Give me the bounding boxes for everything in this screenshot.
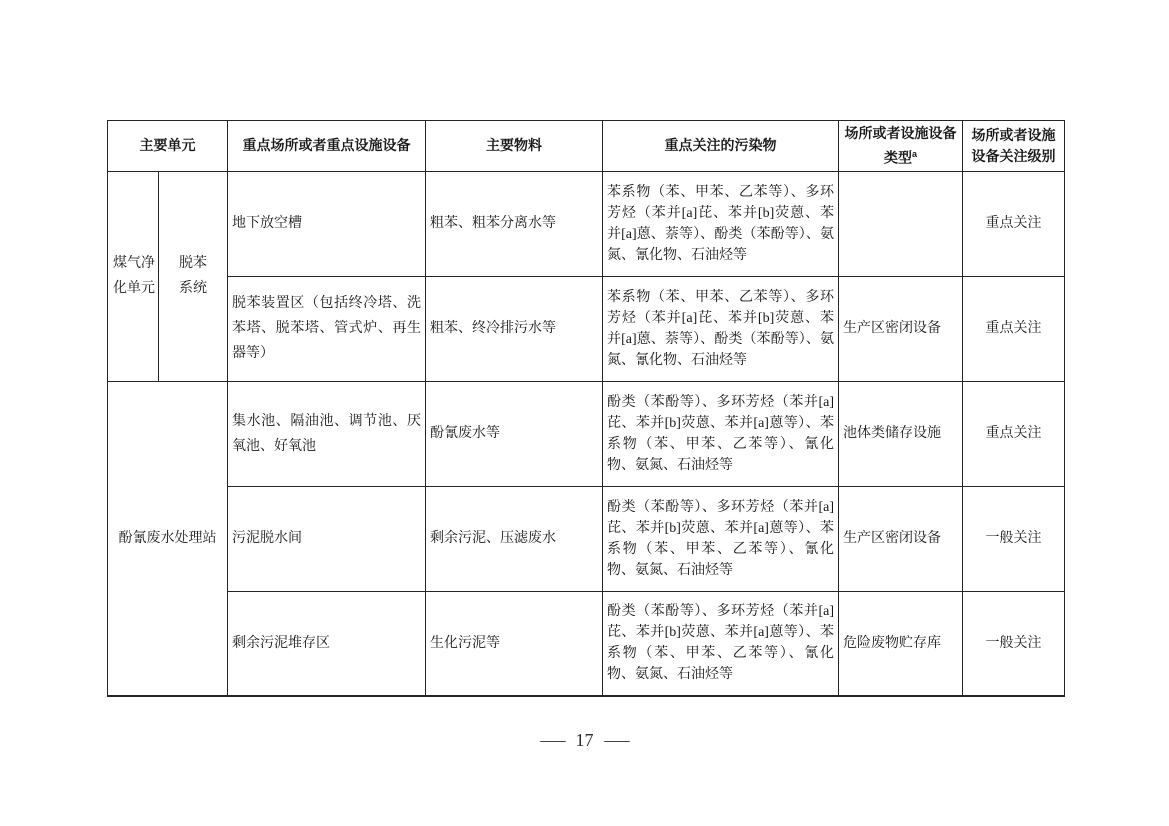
footer-dash-right: —	[604, 730, 629, 751]
table-row: 剩余污泥堆存区 生化污泥等 酚类（苯酚等）、多环芳烃（苯并[a]芘、苯并[b]荧…	[108, 591, 1065, 696]
page-footer: — 17 —	[0, 730, 1169, 751]
cell-pollutants: 苯系物（苯、甲苯、乙苯等）、多环芳烃（苯并[a]芘、苯并[b]荧蒽、苯并[a]蒽…	[603, 171, 839, 276]
cell-type: 生产区密闭设备	[839, 486, 963, 591]
cell-level: 重点关注	[963, 381, 1065, 486]
table-row: 煤气净化单元 脱苯系统 地下放空槽 粗苯、粗苯分离水等 苯系物（苯、甲苯、乙苯等…	[108, 171, 1065, 276]
table-row: 脱苯装置区（包括终冷塔、洗苯塔、脱苯塔、管式炉、再生器等） 粗苯、终冷排污水等 …	[108, 276, 1065, 381]
cell-level: 重点关注	[963, 171, 1065, 276]
cell-material: 生化污泥等	[426, 591, 603, 696]
header-main-unit: 主要单元	[108, 121, 228, 172]
unit-cell-phenol-cyanide-wastewater-station: 酚氰废水处理站	[108, 381, 228, 696]
footer-dash-left: —	[540, 730, 565, 751]
cell-material: 剩余污泥、压滤废水	[426, 486, 603, 591]
cell-type	[839, 171, 963, 276]
cell-site: 集水池、隔油池、调节池、厌氧池、好氧池	[228, 381, 426, 486]
header-key-sites: 重点场所或者重点设施设备	[228, 121, 426, 172]
cell-type: 危险废物贮存库	[839, 591, 963, 696]
header-attention-level: 场所或者设施设备关注级别	[963, 121, 1065, 172]
cell-type: 生产区密闭设备	[839, 276, 963, 381]
header-facility-type: 场所或者设施设备类型a	[839, 121, 963, 172]
unit-cell-benzene-removal-system: 脱苯系统	[159, 171, 228, 381]
header-main-materials: 主要物料	[426, 121, 603, 172]
cell-pollutants: 酚类（苯酚等）、多环芳烃（苯并[a]芘、苯并[b]荧蒽、苯并[a]蒽等）、苯系物…	[603, 591, 839, 696]
cell-site: 地下放空槽	[228, 171, 426, 276]
cell-level: 重点关注	[963, 276, 1065, 381]
header-facility-type-label: 场所或者设施设备类型	[845, 125, 957, 166]
cell-material: 粗苯、粗苯分离水等	[426, 171, 603, 276]
header-facility-type-footnote: a	[912, 149, 917, 159]
table-header-row: 主要单元 重点场所或者重点设施设备 主要物料 重点关注的污染物 场所或者设施设备…	[108, 121, 1065, 172]
header-key-pollutants: 重点关注的污染物	[603, 121, 839, 172]
cell-site: 污泥脱水间	[228, 486, 426, 591]
page-number: 17	[576, 730, 594, 751]
cell-pollutants: 酚类（苯酚等）、多环芳烃（苯并[a]芘、苯并[b]荧蒽、苯并[a]蒽等）、苯系物…	[603, 381, 839, 486]
cell-site: 脱苯装置区（包括终冷塔、洗苯塔、脱苯塔、管式炉、再生器等）	[228, 276, 426, 381]
document-page: 主要单元 重点场所或者重点设施设备 主要物料 重点关注的污染物 场所或者设施设备…	[0, 0, 1169, 826]
table-row: 酚氰废水处理站 集水池、隔油池、调节池、厌氧池、好氧池 酚氰废水等 酚类（苯酚等…	[108, 381, 1065, 486]
cell-type: 池体类储存设施	[839, 381, 963, 486]
cell-pollutants: 酚类（苯酚等）、多环芳烃（苯并[a]芘、苯并[b]荧蒽、苯并[a]蒽等）、苯系物…	[603, 486, 839, 591]
cell-site: 剩余污泥堆存区	[228, 591, 426, 696]
facility-monitoring-table: 主要单元 重点场所或者重点设施设备 主要物料 重点关注的污染物 场所或者设施设备…	[107, 120, 1065, 697]
cell-material: 粗苯、终冷排污水等	[426, 276, 603, 381]
unit-sub-label: 脱苯系统	[178, 251, 208, 301]
cell-pollutants: 苯系物（苯、甲苯、乙苯等）、多环芳烃（苯并[a]芘、苯并[b]荧蒽、苯并[a]蒽…	[603, 276, 839, 381]
table-row: 污泥脱水间 剩余污泥、压滤废水 酚类（苯酚等）、多环芳烃（苯并[a]芘、苯并[b…	[108, 486, 1065, 591]
cell-material: 酚氰废水等	[426, 381, 603, 486]
cell-level: 一般关注	[963, 486, 1065, 591]
unit-main-label: 煤气净化单元	[112, 251, 156, 301]
cell-level: 一般关注	[963, 591, 1065, 696]
unit-cell-gas-purification: 煤气净化单元	[108, 171, 159, 381]
